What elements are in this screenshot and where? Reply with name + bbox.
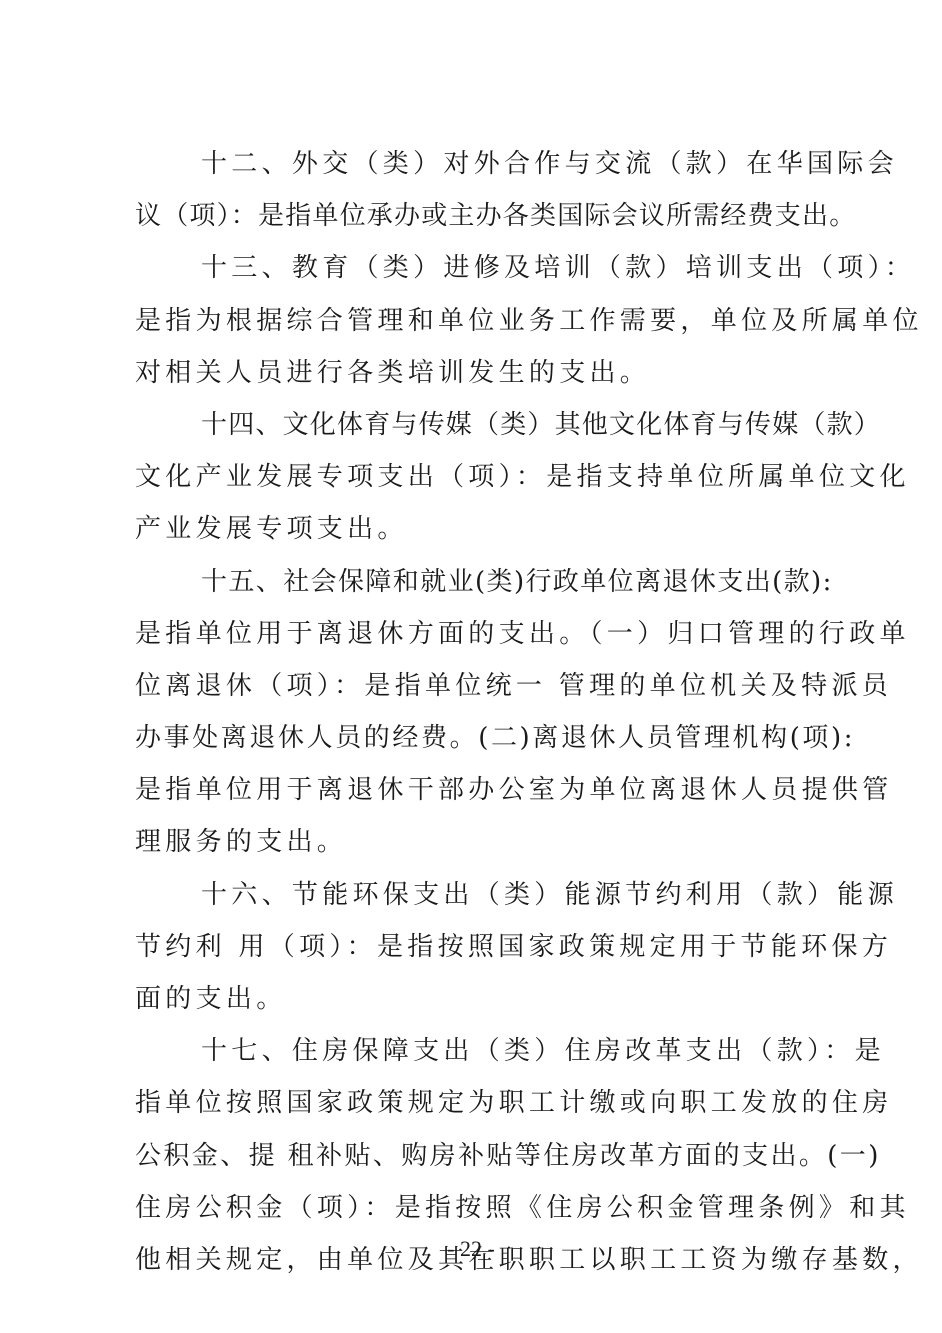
text-line: 对相关人员进行各类培训发生的支出。 <box>135 347 793 399</box>
paragraph-item-13: 十三、教育（类）进修及培训（款）培训支出（项）： 是指为根据综合管理和单位业务工… <box>135 242 793 399</box>
text-line: 文化产业发展专项支出（项）：是指支持单位所属单位文化 <box>135 451 793 503</box>
text-line: 办事处离退休人员的经费。(二)离退休人员管理机构(项): <box>135 712 793 764</box>
text-line: 公积金、提 租补贴、购房补贴等住房改革方面的支出。(一) <box>135 1130 793 1182</box>
text-line: 十三、教育（类）进修及培训（款）培训支出（项）： <box>135 242 793 294</box>
text-line: 十二、外交（类）对外合作与交流（款）在华国际会 <box>135 138 793 190</box>
text-line: 十七、住房保障支出（类）住房改革支出（款）：是 <box>135 1025 793 1077</box>
paragraph-item-15: 十五、社会保障和就业(类)行政单位离退休支出(款): 是指单位用于离退休方面的支… <box>135 556 793 869</box>
text-line: 十四、文化体育与传媒（类）其他文化体育与传媒（款） <box>135 399 793 451</box>
text-line: 议（项）：是指单位承办或主办各类国际会议所需经费支出。 <box>135 190 793 242</box>
page-number: - 22 - <box>0 1236 942 1262</box>
text-line: 理服务的支出。 <box>135 816 793 868</box>
text-line: 是指单位用于离退休方面的支出。（一）归口管理的行政单 <box>135 608 793 660</box>
document-page-body: 十二、外交（类）对外合作与交流（款）在华国际会 议（项）：是指单位承办或主办各类… <box>135 138 793 1286</box>
text-line: 位离退休（项）：是指单位统一 管理的单位机关及特派员 <box>135 660 793 712</box>
text-line: 指单位按照国家政策规定为职工计缴或向职工发放的住房 <box>135 1077 793 1129</box>
text-line: 产业发展专项支出。 <box>135 503 793 555</box>
text-line: 十五、社会保障和就业(类)行政单位离退休支出(款): <box>135 556 793 608</box>
text-line: 面的支出。 <box>135 973 793 1025</box>
paragraph-item-16: 十六、节能环保支出（类）能源节约利用（款）能源 节约利 用（项）：是指按照国家政… <box>135 869 793 1026</box>
text-line: 住房公积金（项）：是指按照《住房公积金管理条例》和其 <box>135 1182 793 1234</box>
text-line: 十六、节能环保支出（类）能源节约利用（款）能源 <box>135 869 793 921</box>
paragraph-item-14: 十四、文化体育与传媒（类）其他文化体育与传媒（款） 文化产业发展专项支出（项）：… <box>135 399 793 556</box>
text-line: 节约利 用（项）：是指按照国家政策规定用于节能环保方 <box>135 921 793 973</box>
paragraph-item-12: 十二、外交（类）对外合作与交流（款）在华国际会 议（项）：是指单位承办或主办各类… <box>135 138 793 242</box>
text-line: 是指单位用于离退休干部办公室为单位离退休人员提供管 <box>135 764 793 816</box>
text-line: 是指为根据综合管理和单位业务工作需要，单位及所属单位 <box>135 295 793 347</box>
